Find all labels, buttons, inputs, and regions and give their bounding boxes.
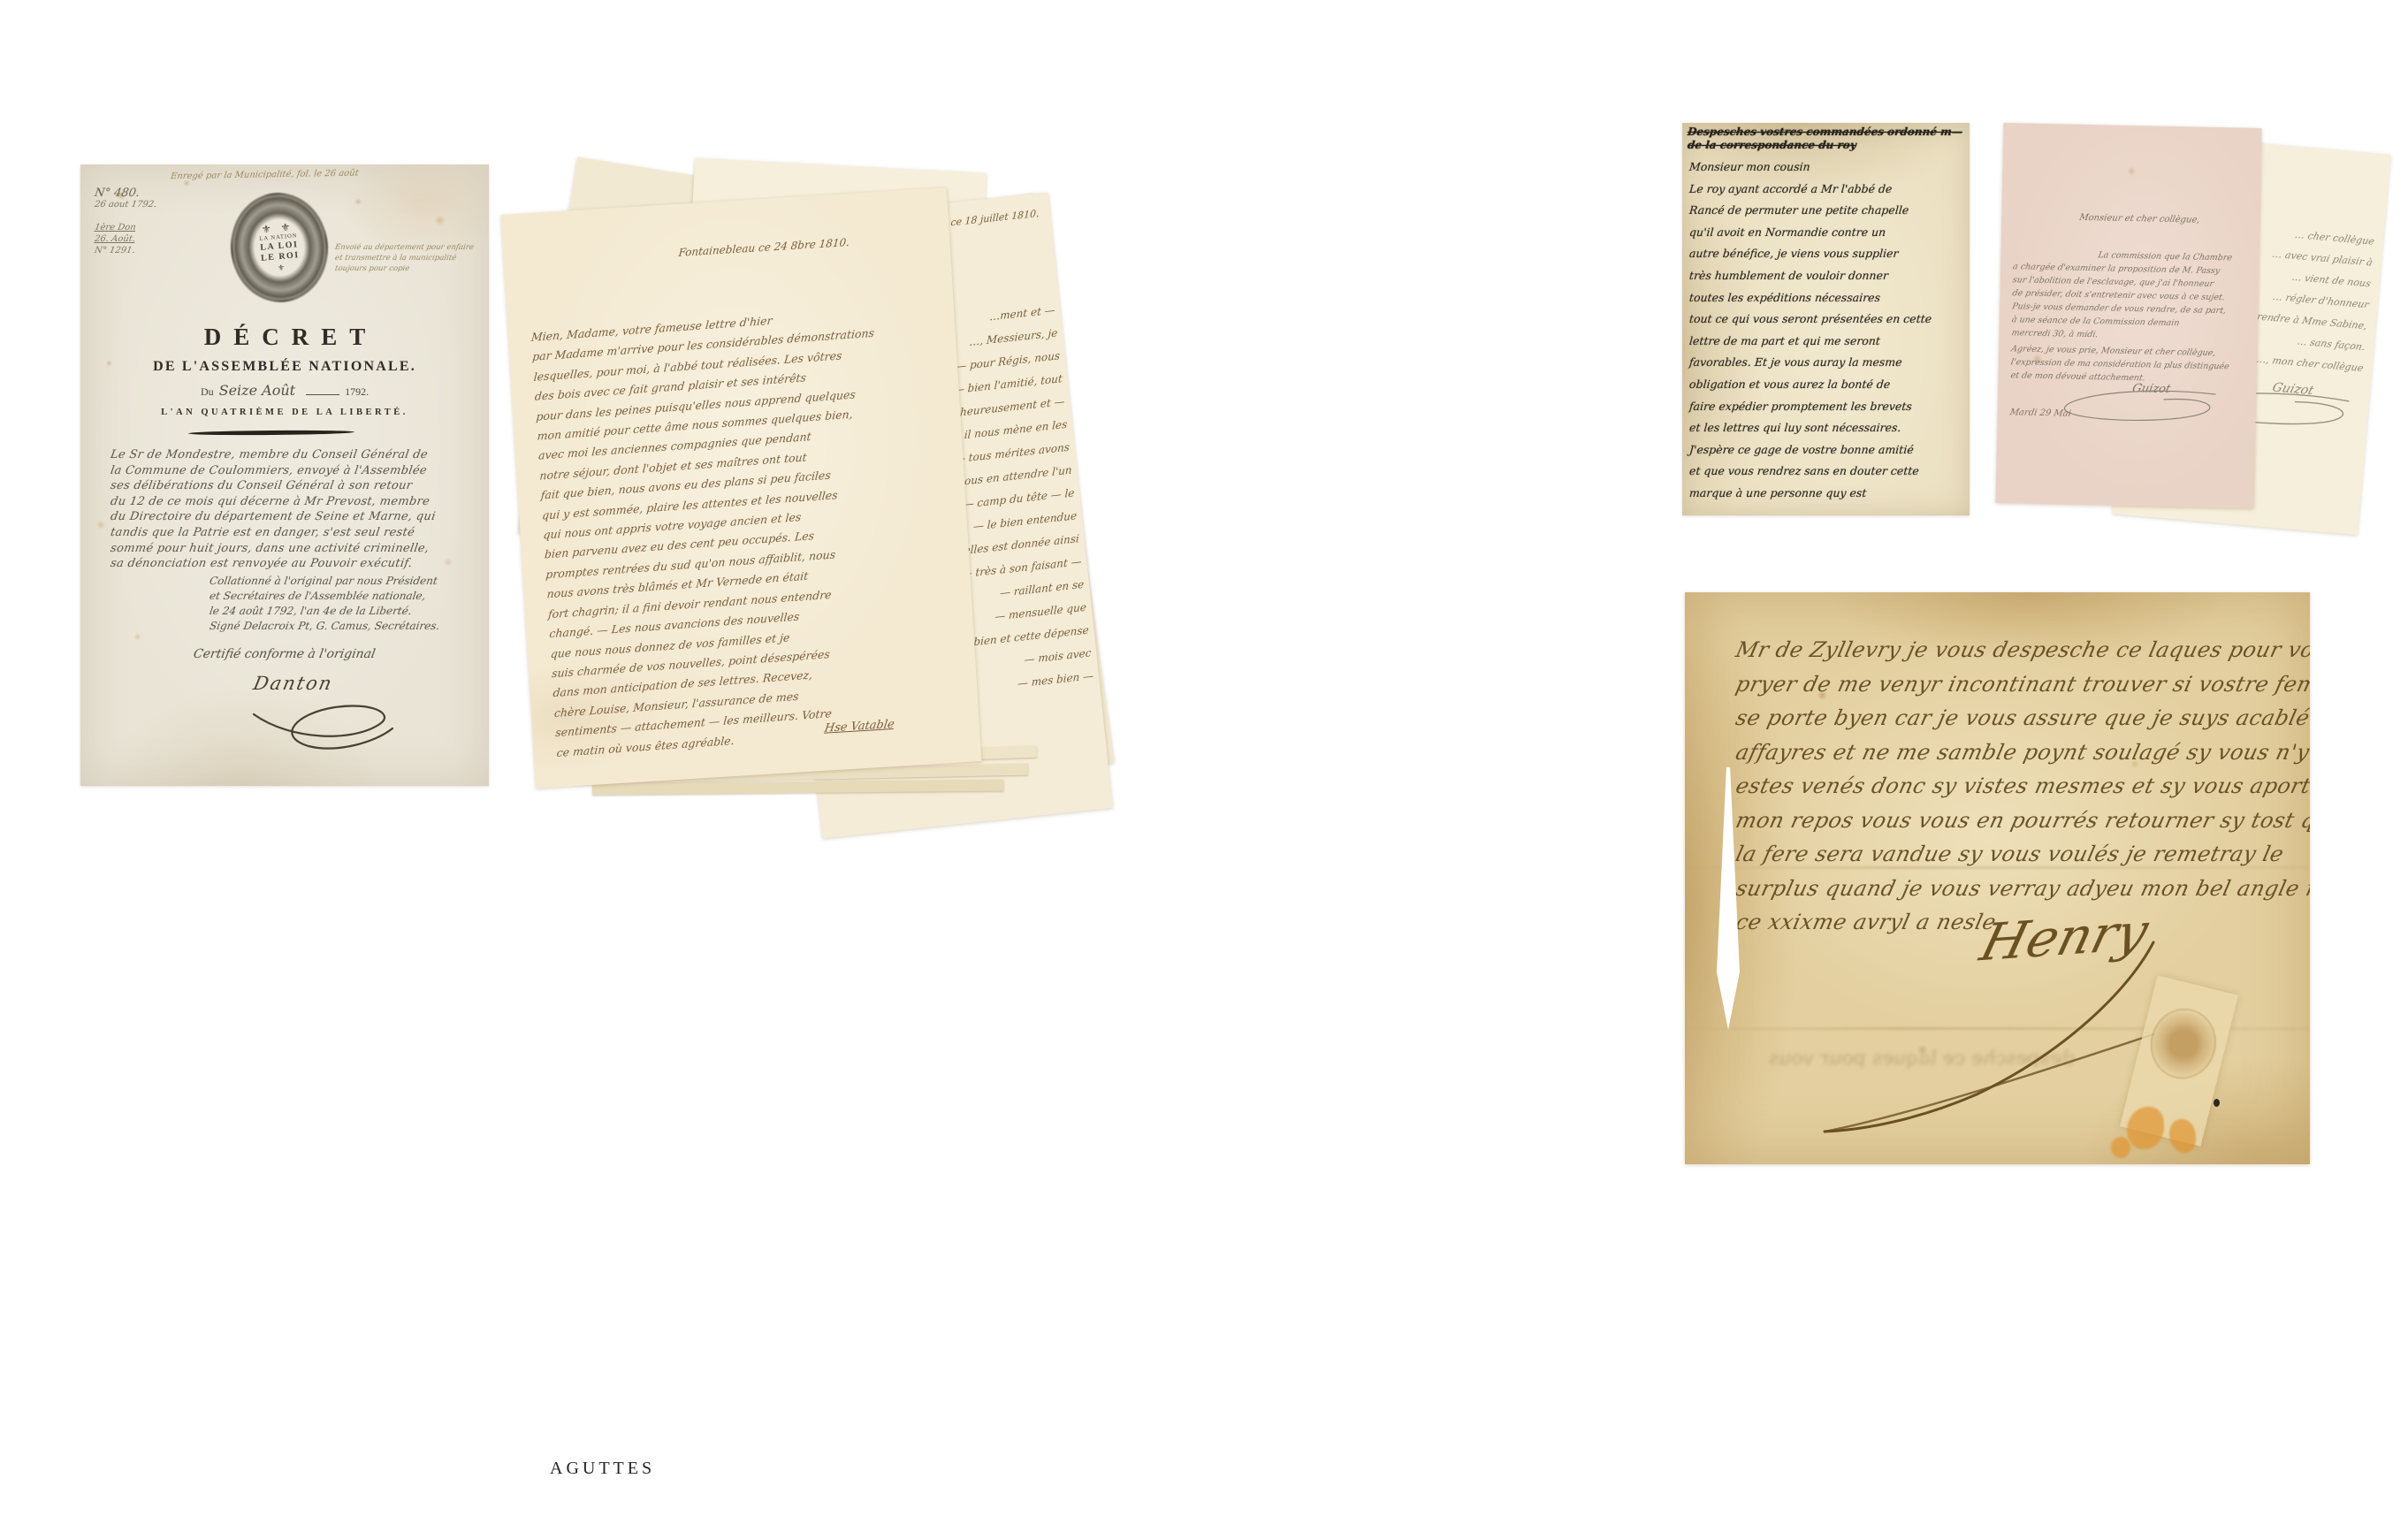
decret-body-handwriting: Le Sr de Mondestre, membre du Conseil Gé… bbox=[110, 447, 436, 572]
handwritten-line: affayres et ne me samble poynt soulagé s… bbox=[1733, 736, 2310, 770]
handwritten-line: du Directoire du département de Seine et… bbox=[110, 509, 437, 525]
seal-impression-circle bbox=[2143, 1002, 2223, 1086]
handwritten-line: Monsieur mon cousin bbox=[1688, 156, 1932, 179]
henry-letter-photo: Mr de Zyllevry je vous despesche ce laqu… bbox=[1685, 592, 2310, 1164]
decret-title: DÉCRET bbox=[80, 324, 489, 351]
pink-letter-closing: Agréez, je vous prie, Monsieur et cher c… bbox=[2010, 342, 2229, 386]
letters-stack-photo: —t…maleCalville…vores…rie…aime…ainsi…met… bbox=[511, 164, 1094, 818]
handwritten-line: mon repos vous vous en pourrés retourner… bbox=[1733, 804, 2310, 838]
handwritten-line: sommé pour huit jours, dans une activité… bbox=[110, 541, 437, 557]
second-letter-dateline: …t ce 18 juillet 1810. bbox=[934, 208, 1040, 231]
cream-letter-fragments: … cher collègue… avec vrai plaisir à… vi… bbox=[2239, 221, 2374, 379]
docket-annotation: Despesches vostres commandées ordonné m—… bbox=[1688, 126, 1962, 152]
handwritten-line: marque à une personne quy est bbox=[1688, 483, 1932, 505]
pink-letter-photo: Monsieur et cher collègue, La commission… bbox=[1996, 123, 2262, 508]
decret-era-line: L'AN QUATRIÈME DE LA LIBERTÉ. bbox=[80, 408, 489, 417]
seal-stain bbox=[2127, 1107, 2164, 1149]
danton-signature-flourish bbox=[247, 695, 401, 758]
pink-letter-date: Mardi 29 Mai bbox=[2009, 408, 2072, 418]
tapered-divider bbox=[188, 430, 354, 436]
dark-ink-letter-photo: Despesches vostres commandées ordonné m—… bbox=[1682, 123, 1970, 515]
handwritten-line: Mr de Zyllevry je vous despesche ce laqu… bbox=[1733, 633, 2310, 667]
handwritten-line: surplus quand je vous verray adyeu mon b… bbox=[1733, 872, 2310, 906]
auction-catalog-page: Enregé par la Municipalité, fol. le 26 a… bbox=[0, 0, 2408, 1532]
decret-certification-handwriting: Collationné à l'original par nous Présid… bbox=[210, 574, 439, 634]
decret-certified-line: Certifié conforme à l'original bbox=[193, 647, 377, 661]
seal-stain bbox=[2169, 1119, 2196, 1153]
guizot-signature-flourish bbox=[2046, 384, 2229, 433]
handwritten-line: Le roy ayant accordé a Mr l'abbé de bbox=[1688, 179, 1932, 201]
handwritten-line: Rancé de permuter une petite chapelle bbox=[1688, 200, 1932, 222]
pink-letter-heading: Monsieur et cher collègue, bbox=[2078, 213, 2200, 225]
dark-letter-body: Monsieur mon cousinLe roy ayant accordé … bbox=[1689, 156, 1932, 505]
dateline-prefix: Du bbox=[201, 385, 214, 398]
pink-letter-body: La commission que la Chambrea chargée d'… bbox=[2011, 247, 2232, 344]
margin-annotation-line bbox=[94, 210, 157, 222]
handwritten-line: qu'il avoit en Normandie contre un bbox=[1688, 222, 1932, 244]
handwritten-line: Collationné à l'original par nous Présid… bbox=[209, 574, 441, 589]
margin-annotation-line: 26. Août. bbox=[94, 233, 157, 245]
margin-annotation-line: 26 aout 1792. bbox=[94, 199, 157, 210]
decret-document-photo: Enregé par la Municipalité, fol. le 26 a… bbox=[80, 164, 489, 786]
margin-annotation-line: 1ère Don bbox=[94, 222, 157, 233]
handwritten-line: pryer de me venyr incontinant trouver si… bbox=[1733, 667, 2310, 702]
handwritten-line: faire expédier promptement les brevets bbox=[1688, 396, 1932, 418]
handwritten-line: estes venés donc sy vistes mesmes et sy … bbox=[1733, 769, 2310, 804]
handwritten-line: tout ce qui vous seront présentées en ce… bbox=[1688, 309, 1932, 331]
margin-annotation-line: N° 480. bbox=[94, 187, 157, 199]
dateline-handwritten-date: Seize Août bbox=[219, 382, 295, 399]
handwritten-line: du 12 de ce mois qui décerne à Mr Prevos… bbox=[110, 494, 437, 510]
decret-margin-annotations: N° 480.26 aout 1792. 1ère Don26. Août.N°… bbox=[95, 187, 156, 256]
handwritten-line: obligation et vous aurez la bonté de bbox=[1688, 374, 1932, 396]
handwritten-line: se porte byen car je vous assure que je … bbox=[1733, 701, 2310, 736]
handwritten-line: autre bénéfice, je viens vous supplier bbox=[1688, 243, 1932, 265]
ink-show-through: despesche ce laques pour vous bbox=[1766, 1048, 2077, 1070]
handwritten-line: très humblement de vouloir donner bbox=[1688, 265, 1932, 287]
decret-dateline: DuSeize Août1792. bbox=[80, 382, 489, 399]
handwritten-line: Signé Delacroix Pt, G. Camus, Secrétaire… bbox=[209, 619, 441, 634]
decret-side-annotation: Envoié au département pour enfaireet tra… bbox=[335, 242, 485, 274]
handwritten-line: ses délibérations du Conseil Général à s… bbox=[110, 478, 437, 494]
front-letter-sheet: Fontainebleau ce 24 8bre 1810. Mien, Mad… bbox=[501, 187, 982, 789]
front-letter-dateline: Fontainebleau ce 24 8bre 1810. bbox=[678, 236, 850, 259]
docket-line: de la correspondance du roy bbox=[1687, 139, 1962, 152]
docket-line: Despesches vostres commandées ordonné m— bbox=[1687, 126, 1962, 139]
aguttes-logo: AGUTTES bbox=[550, 1459, 655, 1479]
margin-annotation-line: N° 1291. bbox=[94, 245, 157, 256]
handwritten-line: favorables. Et je vous auray la mesme bbox=[1688, 352, 1932, 374]
handwritten-line: toutes les expéditions nécessaires bbox=[1688, 287, 1932, 309]
handwritten-line: la fere sera vandue sy vous voulés je re… bbox=[1733, 837, 2310, 872]
handwritten-line: et les lettres qui luy sont nécessaires. bbox=[1688, 417, 1932, 439]
handwritten-line: J'espère ce gage de vostre bonne amitié bbox=[1688, 439, 1932, 461]
fleur-de-lis-icon: ⚜ bbox=[277, 262, 285, 273]
seal-stain bbox=[2111, 1137, 2130, 1158]
handwritten-line: lettre de ma part et qui me seront bbox=[1688, 331, 1932, 353]
side-annotation-line: toujours pour copie bbox=[334, 263, 486, 274]
handwritten-line: tandis que la Patrie est en danger, s'es… bbox=[110, 525, 437, 541]
front-letter-body: Mien, Madame, votre fameuse lettre d'hie… bbox=[530, 306, 898, 762]
ink-speck bbox=[2214, 1099, 2220, 1107]
dateline-year: 1792. bbox=[345, 385, 369, 398]
dateline-rule bbox=[306, 391, 339, 395]
handwritten-line: le 24 août 1792, l'an 4e de la Liberté. bbox=[209, 604, 441, 619]
side-annotation-line: et transmettre à la municipalité bbox=[334, 253, 486, 263]
la-loi-le-roi-seal-stamp: ⚜ ⚜ LA NATION LA LOI LE ROI ⚜ bbox=[226, 188, 332, 306]
danton-signature: Danton bbox=[251, 673, 335, 694]
seal-text: ⚜ ⚜ LA NATION LA LOI LE ROI ⚜ bbox=[226, 188, 332, 306]
decret-registration-annotation: Enregé par la Municipalité, fol. le 26 a… bbox=[170, 168, 400, 182]
handwritten-line: la Commune de Coulommiers, envoyé à l'As… bbox=[110, 463, 437, 479]
handwritten-line: sa dénonciation est renvoyée au Pouvoir … bbox=[110, 556, 437, 572]
seal-line-le-roi: LE ROI bbox=[261, 250, 301, 263]
handwritten-line: et Secrétaires de l'Assemblée nationale, bbox=[209, 589, 441, 604]
handwritten-line: Le Sr de Mondestre, membre du Conseil Gé… bbox=[110, 447, 437, 463]
handwritten-line: et que vous rendrez sans en douter cette bbox=[1688, 461, 1932, 483]
side-annotation-line: Envoié au département pour enfaire bbox=[334, 242, 486, 253]
henry-letter-body: Mr de Zyllevry je vous despesche ce laqu… bbox=[1736, 633, 2310, 940]
decret-subtitle: DE L'ASSEMBLÉE NATIONALE. bbox=[80, 359, 489, 375]
henry-signature-flourish bbox=[1800, 935, 2180, 1134]
